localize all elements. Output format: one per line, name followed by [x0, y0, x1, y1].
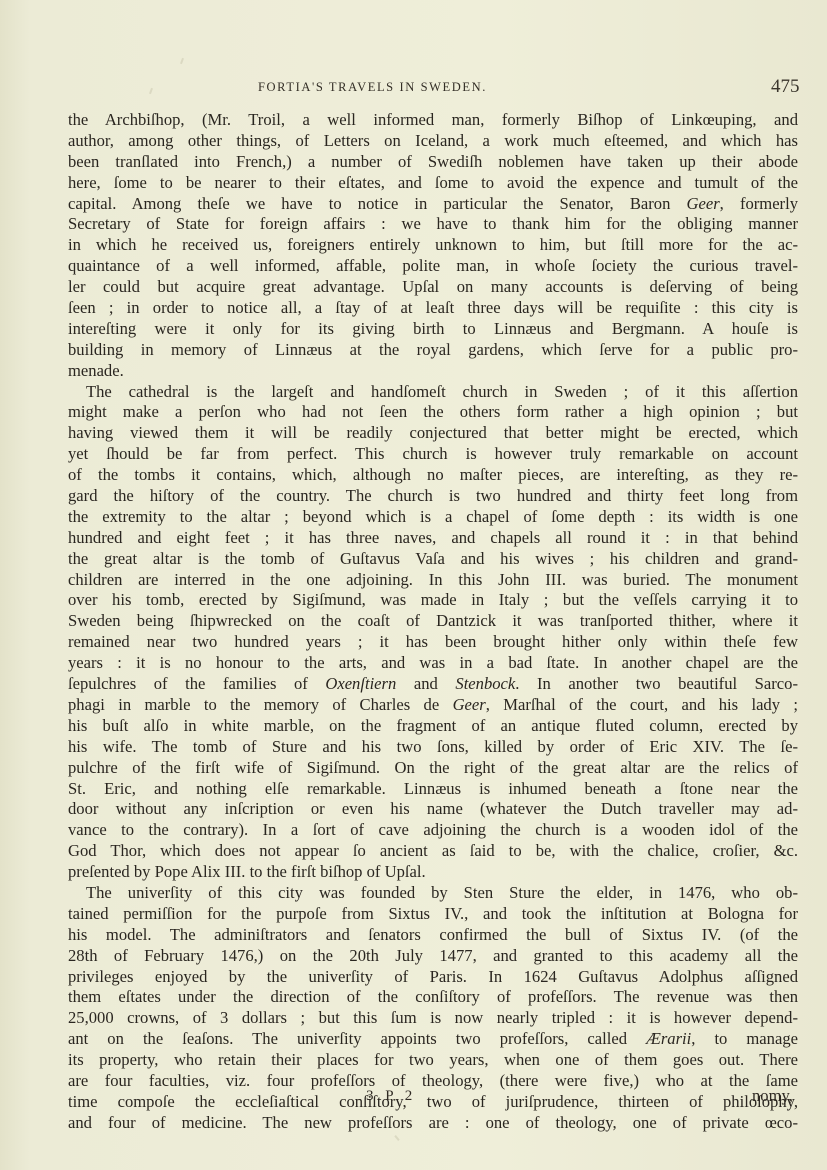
text-line: Sweden being ſhipwrecked on the coaſt of… — [68, 611, 798, 632]
italic-name: Ærarii — [646, 1029, 691, 1048]
italic-name: Geer — [453, 695, 486, 714]
text-line: its property, who retain their places fo… — [68, 1050, 798, 1071]
text-line: the extremity to the altar ; beyond whic… — [68, 507, 798, 528]
catchword: nomy, — [752, 1086, 793, 1106]
text-line: quaintance of a well informed, affable, … — [68, 256, 798, 277]
text-line: St. Eric, and nothing elſe remarkable. L… — [68, 779, 798, 800]
text-line: children are interred in the one adjoini… — [68, 570, 798, 591]
text-line: his model. The adminiſtrators and ſenato… — [68, 925, 798, 946]
body-text: the Archbiſhop, (Mr. Troil, a well infor… — [68, 110, 798, 1134]
text-line: phagi in marble to the memory of Charles… — [68, 695, 798, 716]
text-line: intereſting were it only for its giving … — [68, 319, 798, 340]
line-segment: , to manage — [691, 1029, 798, 1048]
text-line: author, among other things, of Letters o… — [68, 131, 798, 152]
text-line: over his tomb, erected by Sigiſmund, was… — [68, 590, 798, 611]
signature-mark: 3 P 2 — [366, 1088, 416, 1105]
line-segment: and — [396, 674, 455, 693]
text-line: of the tombs it contains, which, althoug… — [68, 465, 798, 486]
text-line: Secretary of State for foreign affairs :… — [68, 214, 798, 235]
text-line: door without any inſcription or even his… — [68, 799, 798, 820]
running-head: FORTIA'S TRAVELS IN SWEDEN. 475 — [0, 76, 827, 106]
italic-name: Oxenſtiern — [325, 674, 396, 693]
text-line: are four faculties, viz. four profeſſors… — [68, 1071, 798, 1092]
page-number: 475 — [771, 76, 800, 98]
text-line: capital. Among theſe we have to notice i… — [68, 194, 798, 215]
text-line: ler could but acquire great advantage. U… — [68, 277, 798, 298]
running-title: FORTIA'S TRAVELS IN SWEDEN. — [258, 80, 487, 95]
text-line: privileges enjoyed by the univerſity of … — [68, 967, 798, 988]
text-line: them eſtates under the direction of the … — [68, 987, 798, 1008]
line-segment: , formerly — [720, 194, 798, 213]
paragraph-start-line: The univerſity of this city was founded … — [68, 883, 798, 904]
text-line: having viewed them it will be readily co… — [68, 423, 798, 444]
text-line: menade. — [68, 361, 798, 382]
line-segment: . In another two beautiful Sarco- — [515, 674, 798, 693]
paragraph-start-line: The cathedral is the largeſt and handſom… — [68, 382, 798, 403]
text-line: his buſt alſo in white marble, on the fr… — [68, 716, 798, 737]
text-line: 28th of February 1476,) on the 20th July… — [68, 946, 798, 967]
line-segment: capital. Among theſe we have to notice i… — [68, 194, 687, 213]
text-line: ant on the ſeaſons. The univerſity appoi… — [68, 1029, 798, 1050]
italic-name: Geer — [687, 194, 720, 213]
paper-speck — [394, 1135, 399, 1141]
text-line: time compoſe the eccleſiaſtical conſiſto… — [68, 1092, 798, 1113]
text-line: ſeen ; in order to notice all, a ſtay of… — [68, 298, 798, 319]
text-line: ſepulchres of the families of Oxenſtiern… — [68, 674, 798, 695]
text-line: hundred and eight feet ; it has three na… — [68, 528, 798, 549]
line-segment: , Marſhal of the court, and his lady ; — [486, 695, 798, 714]
text-line: God Thor, which does not appear ſo ancie… — [68, 841, 798, 862]
paper-speck — [180, 58, 184, 64]
text-line: 25,000 crowns, of 3 dollars ; but this ſ… — [68, 1008, 798, 1029]
text-line: gard the hiſtory of the country. The chu… — [68, 486, 798, 507]
text-line: tained permiſſion for the purpoſe from S… — [68, 904, 798, 925]
book-page: FORTIA'S TRAVELS IN SWEDEN. 475 the Arch… — [0, 0, 827, 1170]
text-line: vance to the contrary). In a ſort of cav… — [68, 820, 798, 841]
text-line: been tranſlated into French,) a number o… — [68, 152, 798, 173]
text-line: in which he received us, foreigners enti… — [68, 235, 798, 256]
text-line: might make a perſon who had not ſeen the… — [68, 402, 798, 423]
text-line: and four of medicine. The new profeſſors… — [68, 1113, 798, 1134]
text-line: the Archbiſhop, (Mr. Troil, a well infor… — [68, 110, 798, 131]
text-line: his wife. The tomb of Sture and his two … — [68, 737, 798, 758]
line-segment: ant on the ſeaſons. The univerſity appoi… — [68, 1029, 646, 1048]
text-line: preſented by Pope Alix III. to the firſt… — [68, 862, 798, 883]
text-line: the great altar is the tomb of Guſtavus … — [68, 549, 798, 570]
text-line: years : it is no honour to the arts, and… — [68, 653, 798, 674]
text-line: remained near two hundred years ; it has… — [68, 632, 798, 653]
line-segment: phagi in marble to the memory of Charles… — [68, 695, 453, 714]
text-line: yet ſhould be far from perfect. This chu… — [68, 444, 798, 465]
text-line: pulchre of the firſt wife of Sigiſmund. … — [68, 758, 798, 779]
italic-name: Stenbock — [455, 674, 515, 693]
text-line: here, ſome to be nearer to their eſtates… — [68, 173, 798, 194]
text-line: building in memory of Linnæus at the roy… — [68, 340, 798, 361]
line-segment: ſepulchres of the families of — [68, 674, 325, 693]
